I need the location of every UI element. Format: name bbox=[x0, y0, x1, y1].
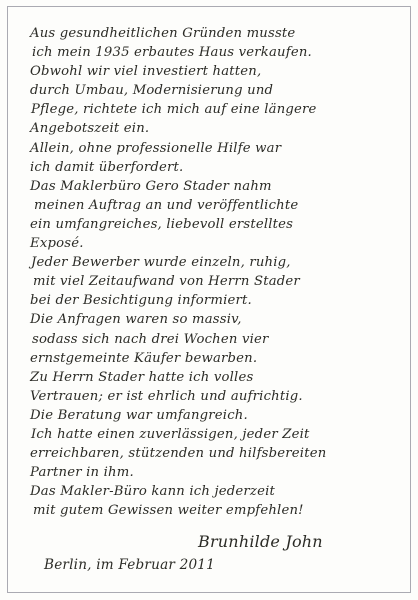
letter-line: Zu Herrn Stader hatte ich volles bbox=[30, 368, 402, 387]
letter-line: erreichbaren, stützenden und hilfsbereit… bbox=[30, 444, 402, 463]
letter-line: Aus gesundheitlichen Gründen musste bbox=[30, 24, 402, 43]
letter-line: ich mein 1935 erbautes Haus verkaufen. bbox=[30, 43, 402, 62]
letter-line: Exposé. bbox=[30, 234, 402, 253]
letter-line: Die Beratung war umfangreich. bbox=[30, 406, 402, 425]
letter-line: Obwohl wir viel investiert hatten, bbox=[30, 62, 402, 81]
letter-line: Ich hatte einen zuverlässigen, jeder Zei… bbox=[30, 425, 402, 444]
letter-line: Jeder Bewerber wurde einzeln, ruhig, bbox=[30, 253, 402, 272]
letter-line: Das Maklerbüro Gero Stader nahm bbox=[30, 177, 402, 196]
letter-line: sodass sich nach drei Wochen vier bbox=[30, 330, 402, 349]
letter-line: ernstgemeinte Käufer bewarben. bbox=[30, 349, 402, 368]
letter-line: Vertrauen; er ist ehrlich und aufrichtig… bbox=[30, 387, 402, 406]
letter-line: Partner in ihm. bbox=[30, 463, 402, 482]
letter-line: Die Anfragen waren so massiv, bbox=[30, 310, 402, 329]
signature: Brunhilde John bbox=[30, 532, 402, 556]
letter-line: ein umfangreiches, liebevoll erstelltes bbox=[30, 215, 402, 234]
letter-line: mit viel Zeitaufwand von Herrn Stader bbox=[30, 272, 402, 291]
letter-line: ich damit überfordert. bbox=[30, 158, 402, 177]
letter-line: meinen Auftrag an und veröffentlichte bbox=[30, 196, 402, 215]
letter-text: Aus gesundheitlichen Gründen musste ich … bbox=[30, 24, 402, 576]
letter-line: Pflege, richtete ich mich auf eine länge… bbox=[30, 100, 402, 119]
letter-line: mit gutem Gewissen weiter empfehlen! bbox=[30, 501, 402, 520]
letter-line: bei der Besichtigung informiert. bbox=[30, 291, 402, 310]
letter-line: Angebotszeit ein. bbox=[30, 119, 402, 138]
letter-line: Das Makler-Büro kann ich jederzeit bbox=[30, 482, 402, 501]
place-date: Berlin, im Februar 2011 bbox=[30, 556, 402, 575]
letter-page: Aus gesundheitlichen Gründen musste ich … bbox=[0, 0, 418, 600]
letter-line: Allein, ohne professionelle Hilfe war bbox=[30, 139, 402, 158]
letter-line: durch Umbau, Modernisierung und bbox=[30, 81, 402, 100]
